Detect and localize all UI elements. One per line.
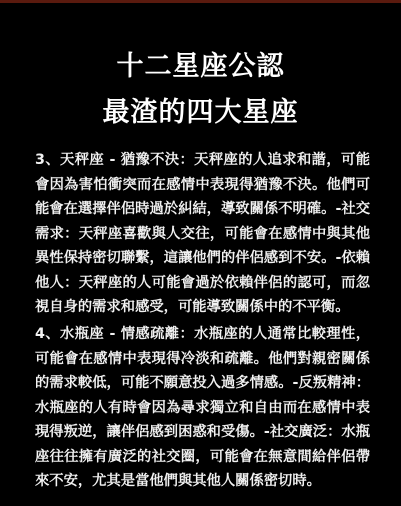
paragraph-libra: 3、天秤座 - 猶豫不決：天秤座的人追求和諧，可能會因為害怕衝突而在感情中表現得… xyxy=(35,148,370,320)
top-border xyxy=(0,0,401,3)
title-line-2: 最渣的四大星座 xyxy=(0,90,401,129)
title-line-1: 十二星座公認 xyxy=(0,44,401,83)
paragraph-aquarius: 4、水瓶座 - 情感疏離：水瓶座的人通常比較理性，可能會在感情中表現得冷淡和疏離… xyxy=(35,322,370,494)
